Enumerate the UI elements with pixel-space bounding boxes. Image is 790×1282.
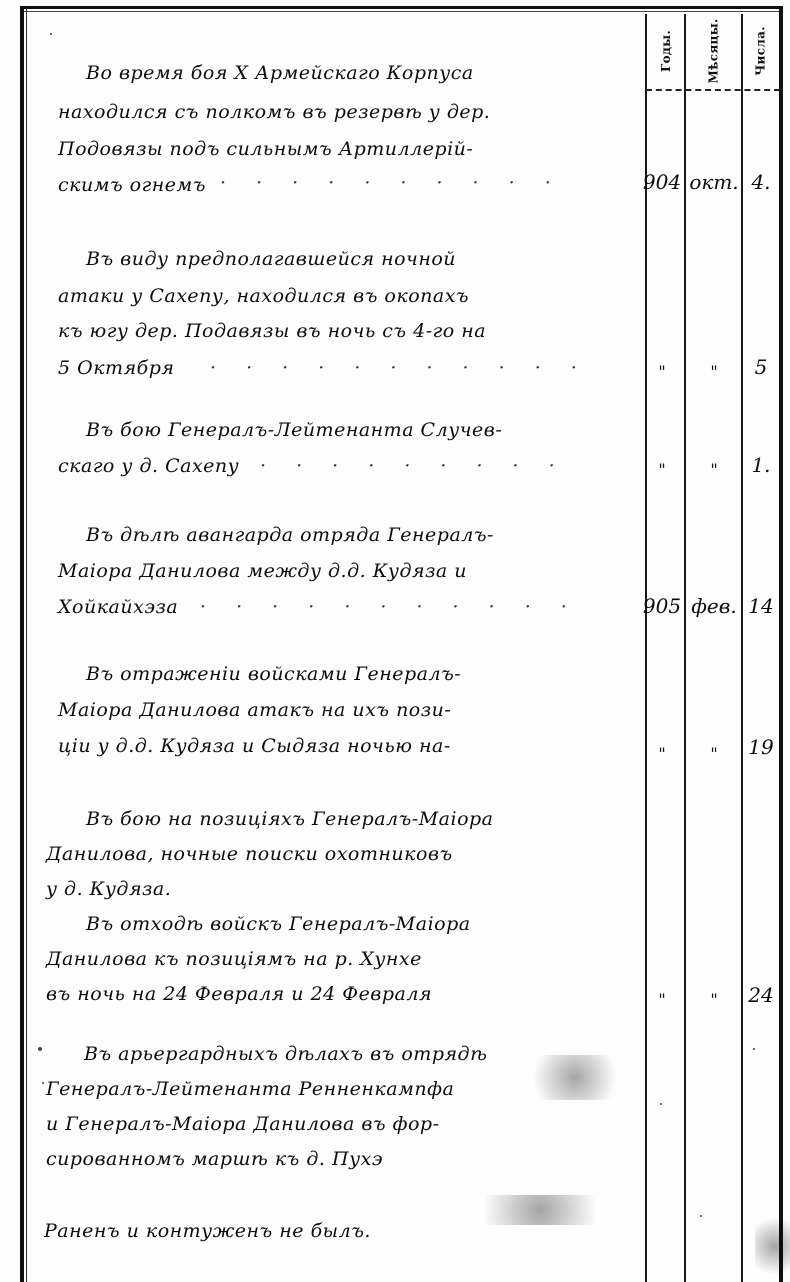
entry-month: фев.	[686, 594, 742, 618]
entry-line: Въ отходѣ войскъ Генералъ-Маіора	[86, 913, 471, 935]
entry-line: ціи у д.д. Кудяза и Сыдяза ночью на-	[58, 735, 451, 757]
entry-line: Маіора Данилова между д.д. Кудяза и	[58, 560, 467, 582]
years-column-divider	[645, 14, 647, 1282]
entry-line: находился съ полкомъ въ резервѣ у дер.	[58, 101, 490, 123]
leader-dots: · · · · · · · · ·	[260, 455, 567, 477]
entry-year-ditto: "	[636, 460, 688, 479]
entry-year-ditto: "	[636, 744, 688, 763]
entry-month-ditto: "	[686, 460, 742, 479]
column-header-years: Годы.	[647, 14, 684, 88]
column-header-days: Числа.	[743, 14, 779, 88]
entry-line: Въ бою на позиціяхъ Генералъ-Маіора	[86, 808, 494, 830]
scan-speck	[660, 1103, 662, 1105]
entry-line: Данилова, ночные поиски охотниковъ	[46, 843, 453, 865]
entry-line: 5 Октября	[58, 357, 175, 379]
scan-speck	[753, 1048, 755, 1050]
entry-line: и Генералъ-Маіора Данилова въ фор-	[46, 1113, 440, 1135]
entry-line: Маіора Данилова атакъ на ихъ пози-	[58, 699, 451, 721]
entry-line: Подовязы подъ сильнымъ Артиллерій-	[58, 138, 473, 160]
entry-line: Въ дѣлѣ авангарда отряда Генералъ-	[86, 524, 494, 546]
entry-day: 14	[743, 594, 779, 618]
entry-line: атаки у Сахепу, находился въ окопахъ	[58, 285, 469, 307]
scan-speck	[50, 33, 52, 35]
entry-line: у д. Кудяза.	[46, 878, 171, 900]
entry-day: 19	[743, 735, 779, 759]
entry-line: скимъ огнемъ	[58, 174, 206, 196]
entry-day: 1.	[743, 453, 779, 477]
scan-noise	[520, 1055, 630, 1100]
entry-line: Въ отраженіи войсками Генералъ-	[86, 663, 461, 685]
entry-month-ditto: "	[686, 744, 742, 763]
months-column-divider	[684, 14, 686, 1282]
table-top-border	[20, 6, 782, 9]
header-separator	[646, 89, 780, 91]
leader-dots: · · · · · · · · · · ·	[210, 357, 589, 379]
entry-line: Въ бою Генералъ-Лейтенанта Случев-	[86, 419, 502, 441]
entry-line: въ ночь на 24 Февраля и 24 Февраля	[46, 983, 432, 1005]
column-header-months: Мѣсяцы.	[686, 14, 741, 88]
entry-day: 5	[743, 355, 779, 379]
entry-line: Во время боя X Армейскаго Корпуса	[86, 62, 474, 84]
entry-year: 905	[636, 594, 688, 618]
table-top-border-inner	[24, 11, 780, 12]
entry-year-ditto: "	[636, 362, 688, 381]
entry-month: окт.	[686, 170, 742, 194]
scan-speck	[700, 1215, 702, 1217]
entry-year-ditto: "	[636, 990, 688, 1009]
scan-noise	[460, 1195, 620, 1225]
entry-line: Данилова къ позиціямъ на р. Хунхе	[46, 948, 422, 970]
scan-speck	[42, 1082, 44, 1084]
table-right-border	[779, 6, 783, 1282]
entry-line: скаго у д. Сахепу	[58, 455, 239, 477]
entry-line: къ югу дер. Подавязы въ ночь съ 4-го на	[58, 320, 486, 342]
entry-line: Хойкайхэза	[58, 596, 178, 618]
archival-document-page: Годы. Мѣсяцы. Числа. Во время боя X Арме…	[0, 0, 790, 1282]
entry-line: Въ виду предполагавшейся ночной	[86, 248, 456, 270]
scan-noise	[755, 1210, 790, 1282]
entry-month-ditto: "	[686, 362, 742, 381]
entry-line: сированномъ маршѣ къ д. Пухэ	[46, 1148, 383, 1170]
entry-line: Генералъ-Лейтенанта Ренненкампфа	[46, 1078, 454, 1100]
leader-dots: · · · · · · · · · ·	[220, 172, 563, 194]
days-column-divider	[741, 14, 743, 1282]
table-left-border-inner	[26, 8, 27, 1282]
entry-year: 904	[636, 170, 688, 194]
entry-month-ditto: "	[686, 990, 742, 1009]
table-left-border	[20, 6, 24, 1282]
entry-day: 4.	[743, 170, 779, 194]
entry-line: Въ арьергардныхъ дѣлахъ въ отрядѣ	[84, 1043, 487, 1065]
scan-speck	[38, 1047, 42, 1051]
closing-note: Раненъ и контуженъ не былъ.	[44, 1220, 371, 1242]
entry-day: 24	[743, 983, 779, 1007]
leader-dots: · · · · · · · · · · ·	[200, 596, 579, 618]
